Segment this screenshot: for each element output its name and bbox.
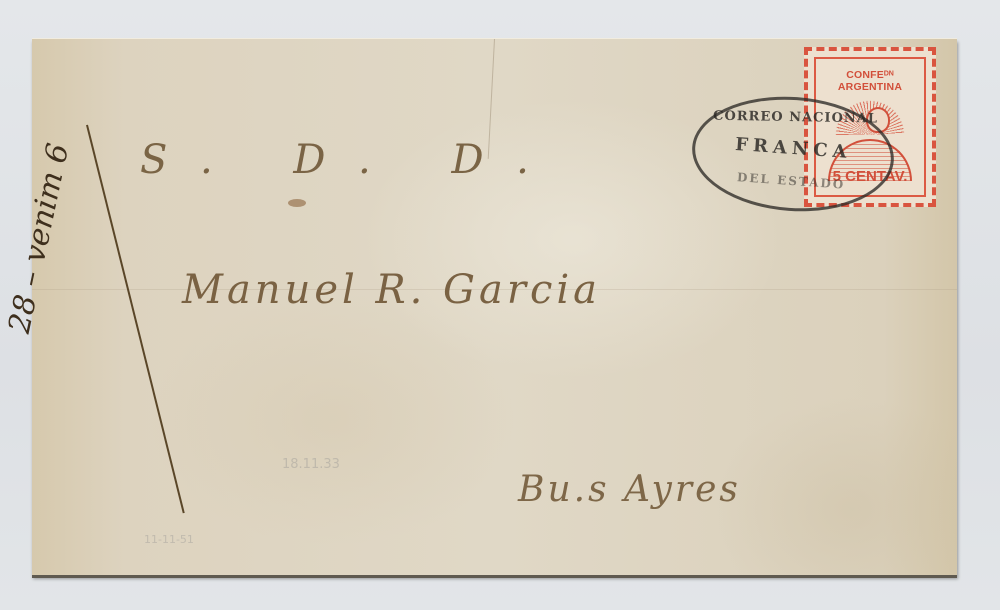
postmark-middle-text: FRANCA (695, 131, 892, 166)
pencil-note: 18.11.33 (282, 457, 340, 472)
salutation-handwriting: S. D. D. (140, 137, 563, 183)
postmark-bottom-text: DEL ESTADO (713, 169, 870, 194)
docket-divider-line (86, 125, 184, 513)
destination-city-handwriting: Bu.s Ayres (518, 469, 741, 510)
postmark-top-text: CORREO NACIONAL (709, 109, 881, 127)
pencil-note: 11-11-51 (144, 533, 194, 546)
addressee-handwriting: Manuel R. Garcia (182, 267, 601, 313)
postal-cover: CONFEᴰᴺ ARGENTINA 5 CENTAV. CORREO NACIO… (32, 38, 957, 575)
ink-stain (288, 199, 306, 207)
docket-notation: 28 – venim 6 (2, 140, 76, 336)
